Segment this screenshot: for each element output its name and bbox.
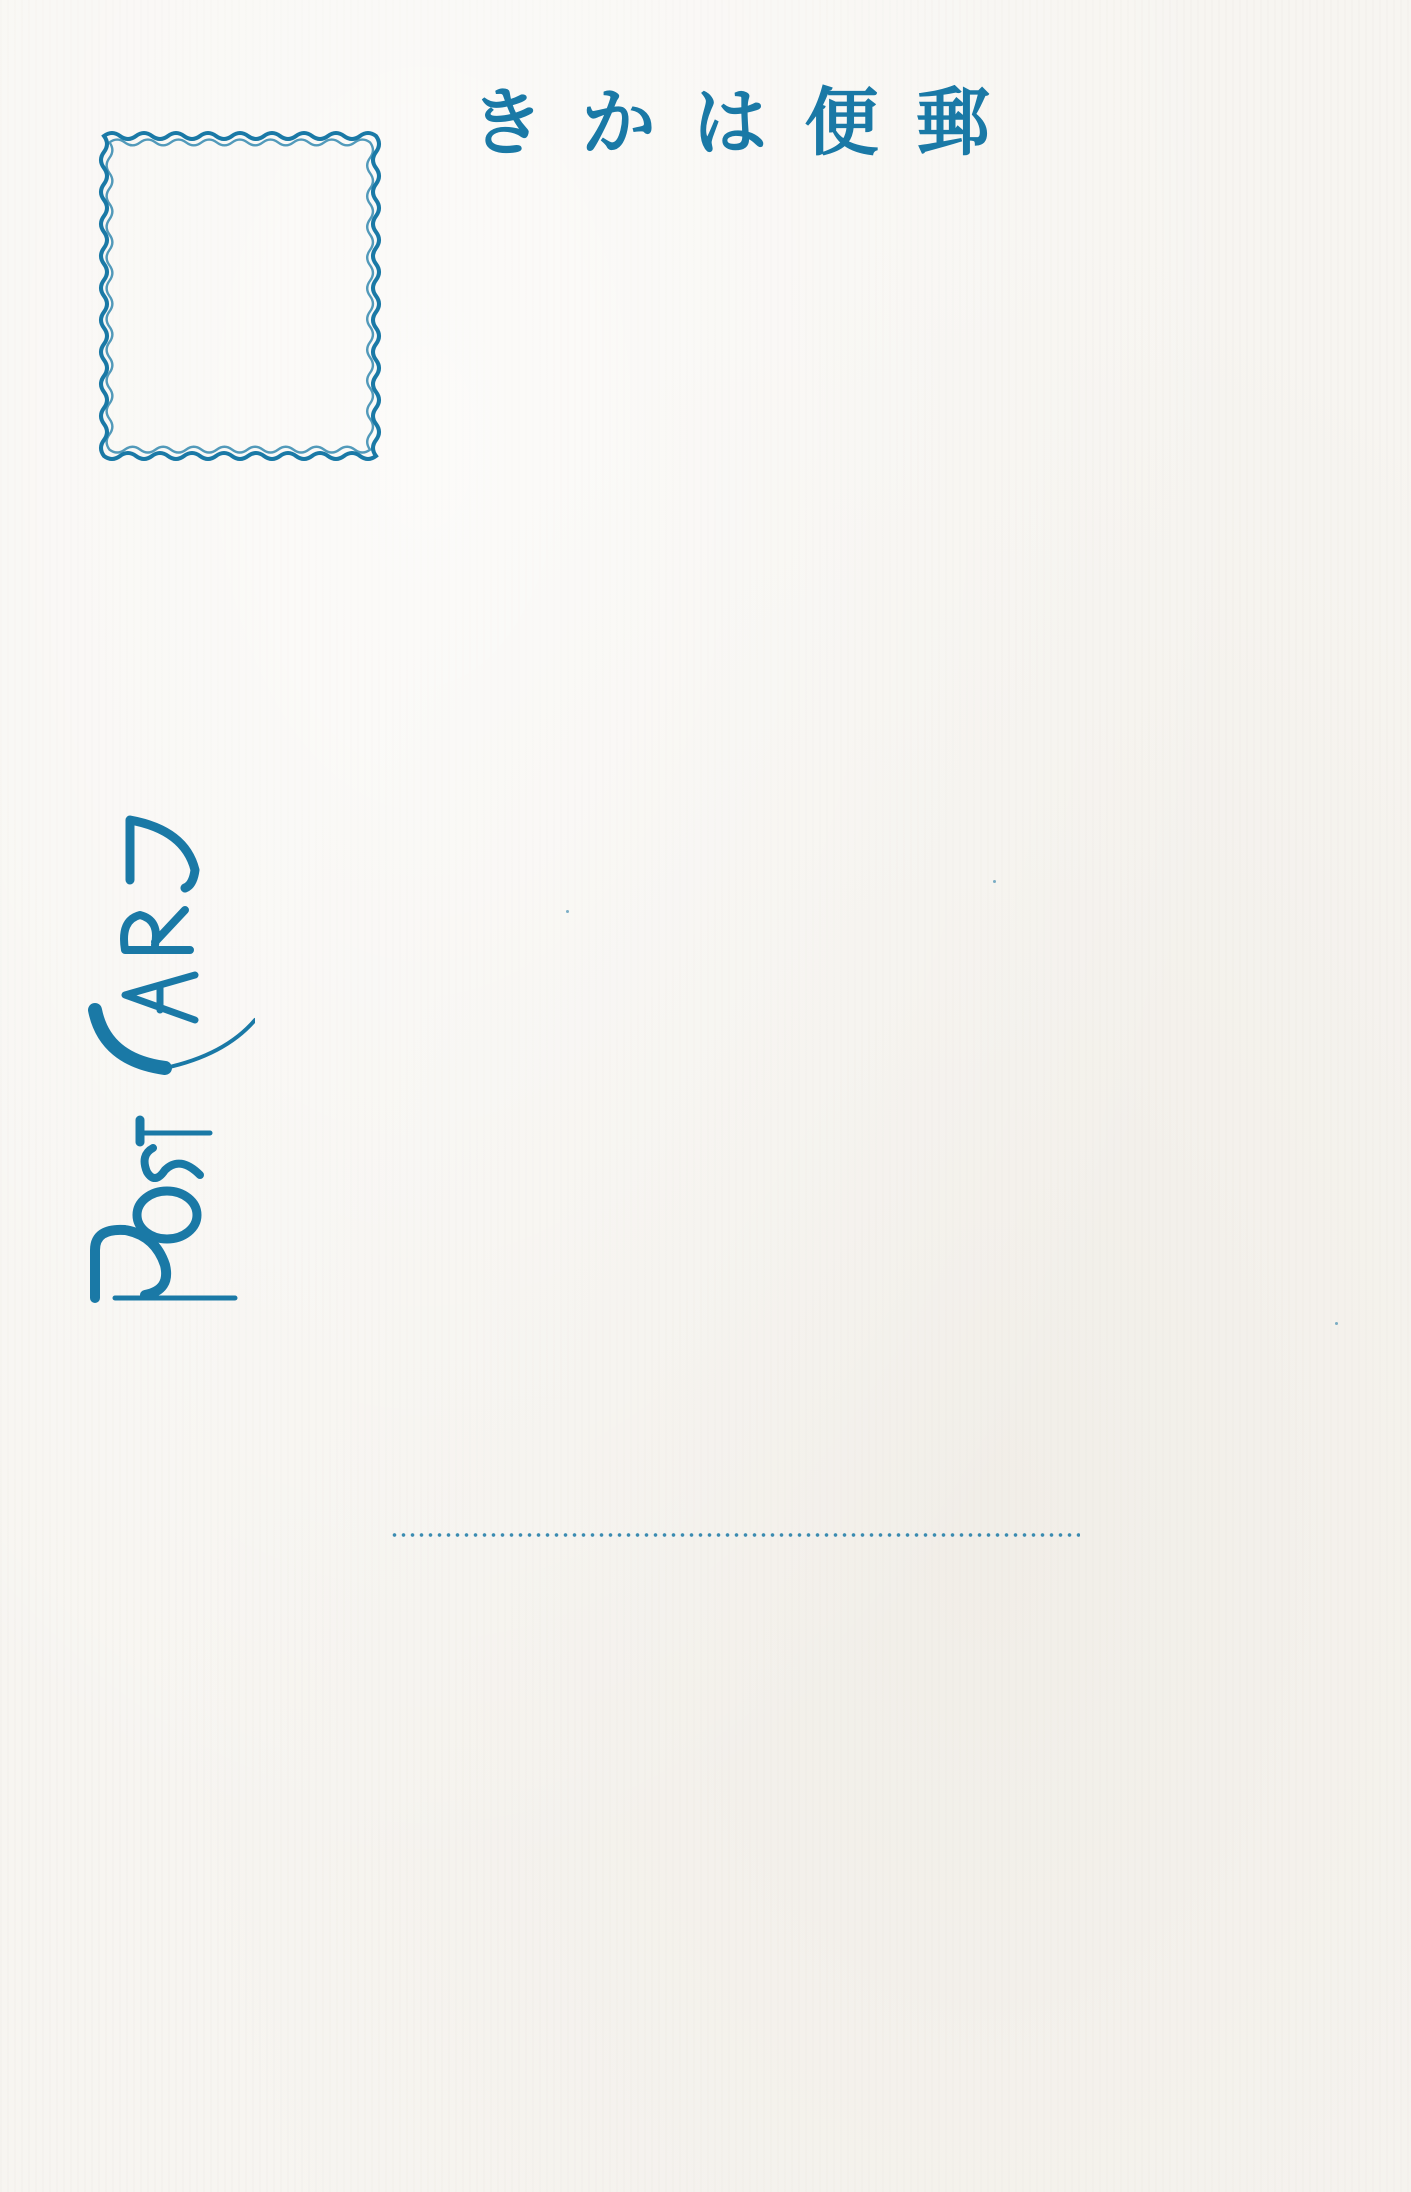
ink-speck [1335,1322,1338,1325]
post-card-lettering-icon [85,810,255,1310]
title-char: か [582,64,656,170]
wavy-frame-icon [92,122,388,468]
stamp-box [92,122,388,468]
address-dotted-line [390,1533,1080,1537]
title-char: 郵 [916,64,990,170]
title-char: 便 [805,64,879,170]
ink-speck [566,910,569,913]
postcard-title: き か は 便 郵 [470,62,990,172]
title-char: は [693,64,767,170]
title-char: き [470,64,544,170]
ink-speck [993,880,996,883]
post-card-vertical-label [85,810,255,1310]
